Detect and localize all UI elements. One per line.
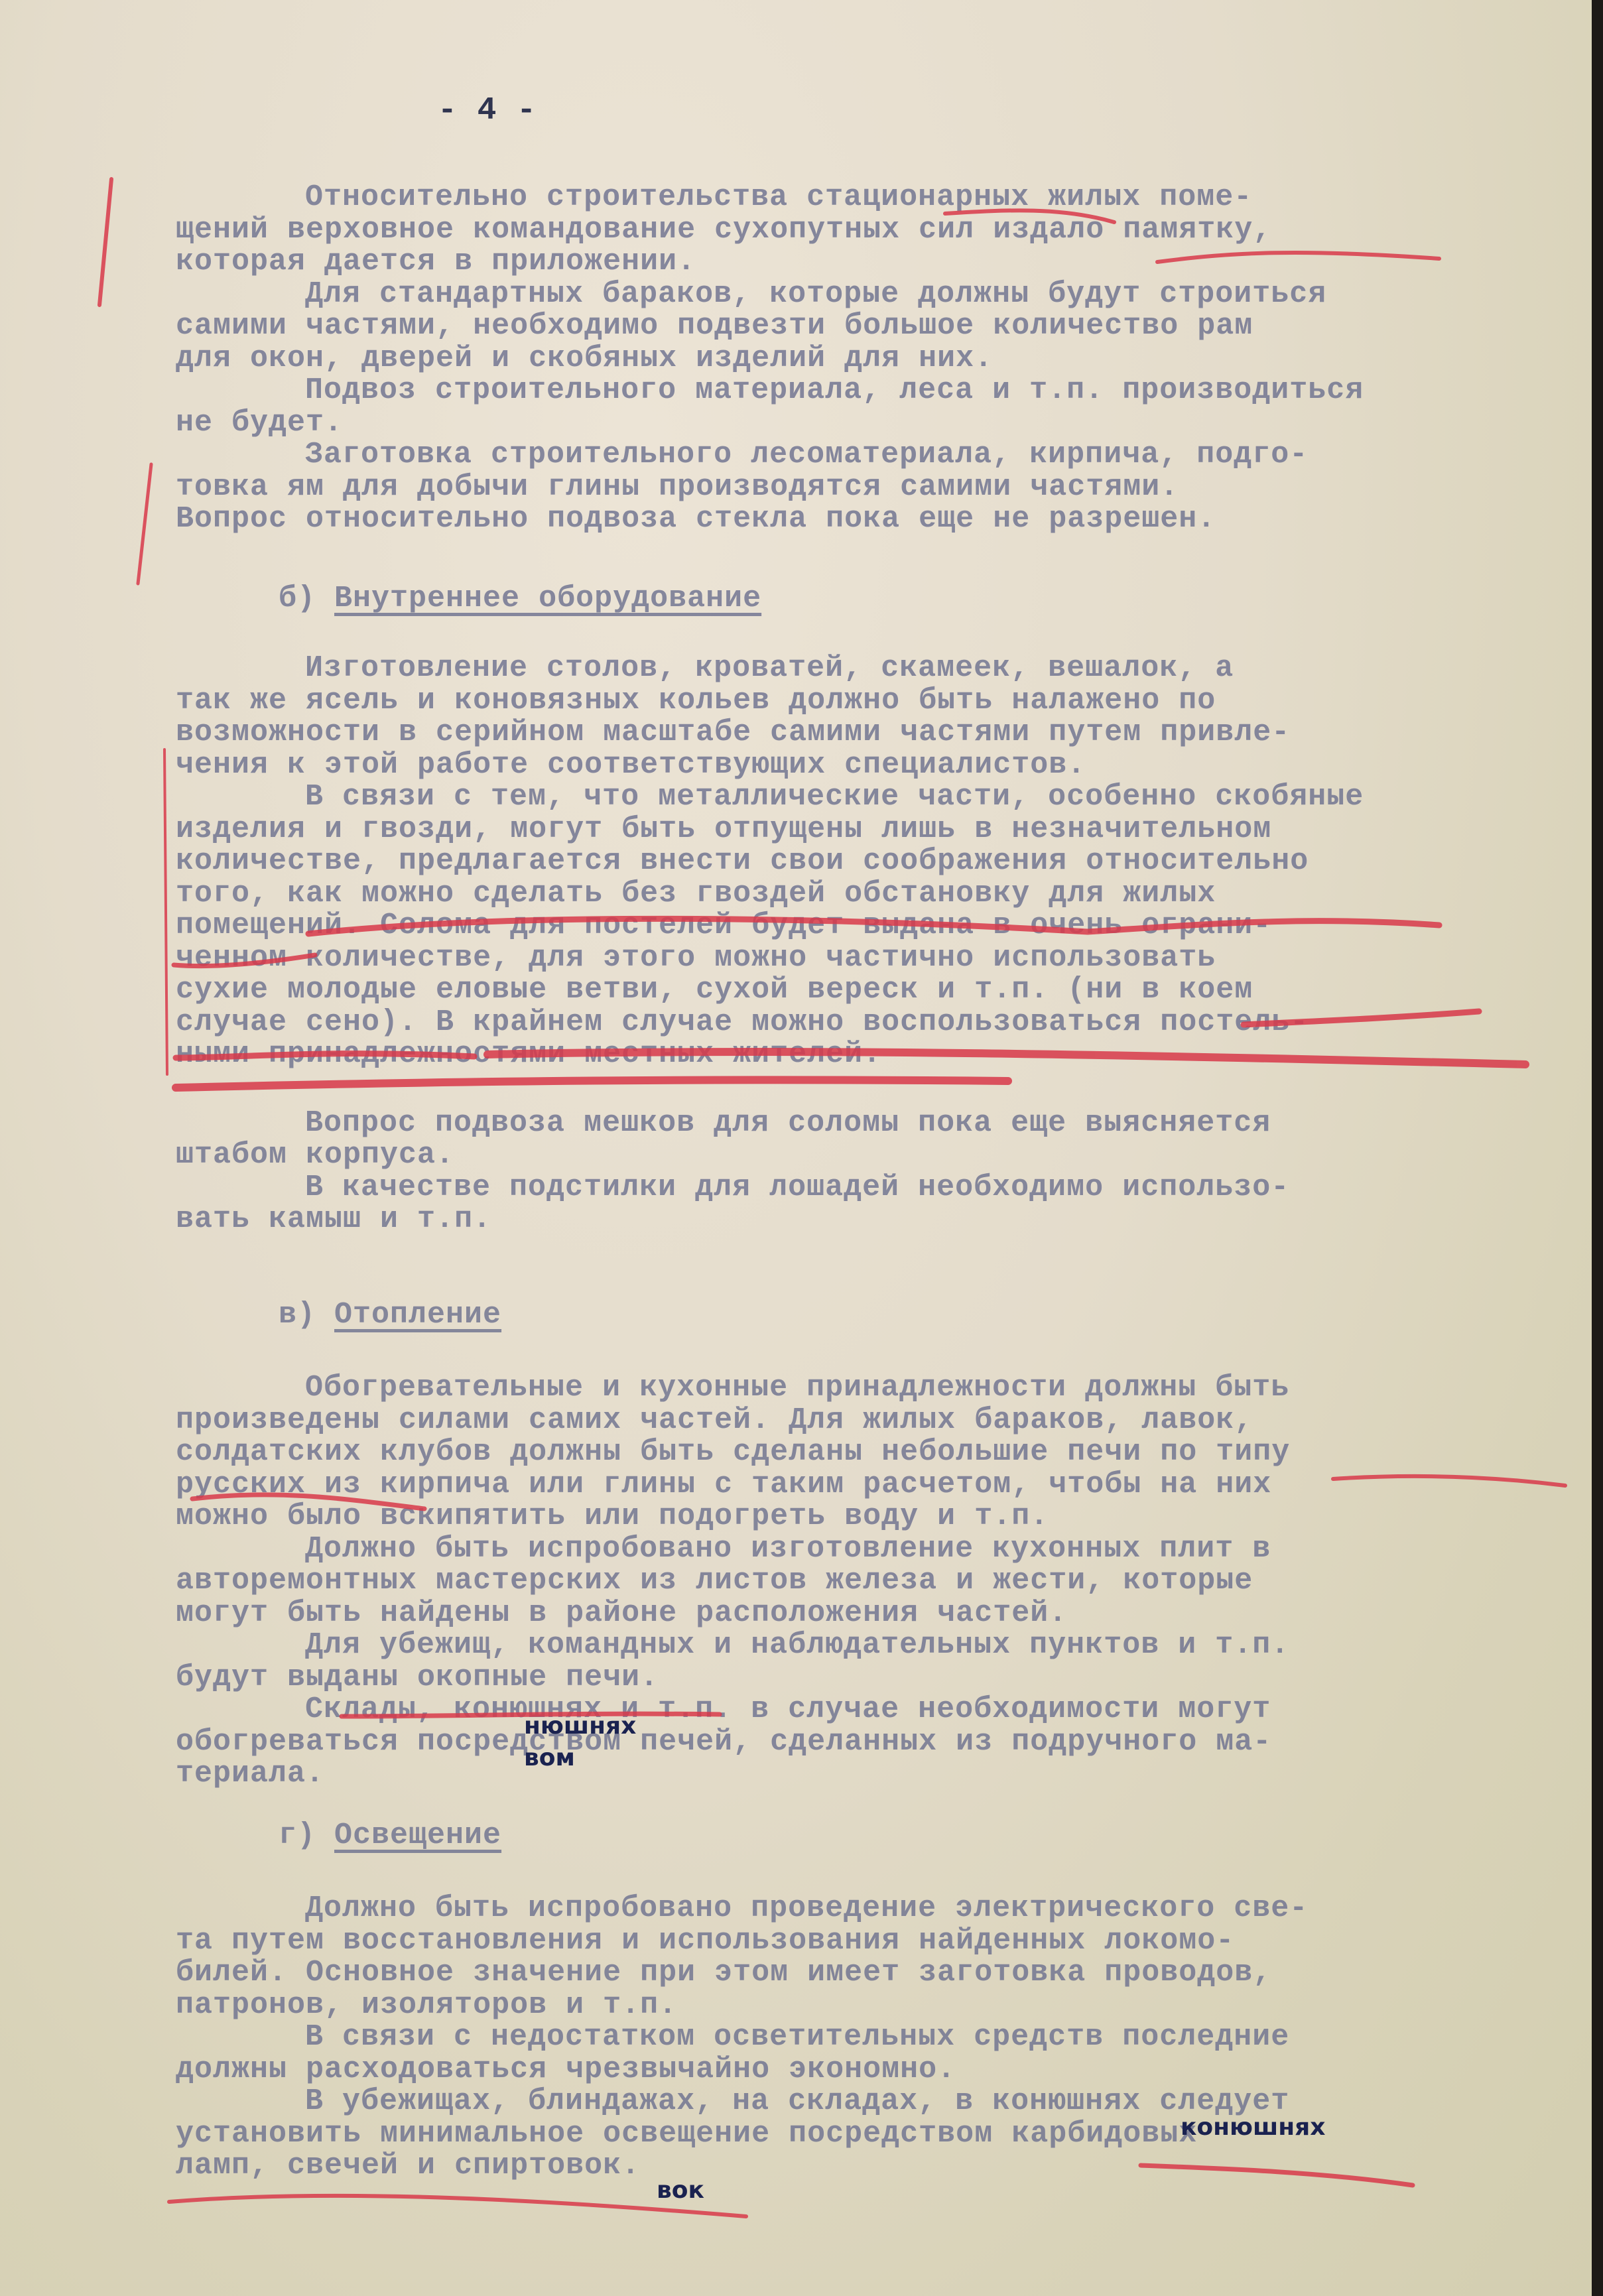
text-line: русских из кирпича или глины с таким рас…: [176, 1470, 1271, 1499]
text-line: Должно быть испробовано изготовление кух…: [305, 1534, 1271, 1564]
text-line: териала.: [176, 1759, 324, 1789]
page-number: - 4 -: [438, 93, 537, 129]
text-line: Для стандартных бараков, которые должны …: [305, 279, 1326, 309]
inserted-correction: вок: [657, 2179, 704, 2202]
text-line: Вопрос подвоза мешков для соломы пока ещ…: [305, 1108, 1271, 1138]
text-line: можно было вскипятить или подогреть воду…: [176, 1501, 1049, 1531]
text-line: В связи с тем, что металлические части, …: [305, 782, 1364, 812]
text-line: так же ясель и коновязных кольев должно …: [176, 686, 1216, 716]
section-label: г): [279, 1818, 334, 1852]
typewritten-text: - 4 - Относительно строительства стацион…: [0, 0, 1592, 2296]
text-line: чения к этой работе соответствующих спец…: [176, 750, 1086, 780]
text-line: обогреваться посредством печей, сделанны…: [176, 1727, 1271, 1757]
text-line: В связи с недостатком осветительных сред…: [305, 2022, 1289, 2052]
section-heading: г) Освещение: [279, 1820, 501, 1850]
text-line: будут выданы окопные печи.: [176, 1663, 659, 1692]
text-line: Для убежищ, командных и наблюдательных п…: [305, 1630, 1289, 1660]
text-line: установить минимальное освещение посредс…: [176, 2119, 1197, 2149]
text-line: ными принадлежностями местных жителей.: [176, 1039, 881, 1069]
text-line: В качестве подстилки для лошадей необход…: [305, 1173, 1289, 1202]
text-line: изделия и гвозди, могут быть отпущены ли…: [176, 814, 1271, 844]
text-line: Склады, конюшнях и т.п. в случае необход…: [305, 1694, 1271, 1724]
text-line: та путем восстановления и использования …: [176, 1926, 1234, 1956]
text-line: Вопрос относительно подвоза стекла пока …: [176, 504, 1216, 534]
text-line: случае сено). В крайнем случае можно вос…: [176, 1007, 1309, 1037]
section-label: в): [279, 1298, 334, 1332]
section-title: Освещение: [334, 1818, 501, 1852]
text-line: штабом корпуса.: [176, 1140, 454, 1170]
text-line: вать камыш и т.п.: [176, 1204, 491, 1234]
text-line: Изготовление столов, кроватей, скамеек, …: [305, 653, 1234, 683]
text-line: Заготовка строительного лесоматериала, к…: [305, 440, 1308, 470]
text-line: Обогревательные и кухонные принадлежност…: [305, 1373, 1289, 1403]
scan-border: [1592, 0, 1603, 2296]
inserted-correction: нюшнях: [524, 1714, 636, 1738]
inserted-correction: вом: [524, 1746, 575, 1770]
section-label: б): [279, 582, 334, 615]
text-line: товка ям для добычи глины производятся с…: [176, 472, 1179, 502]
text-line: помещений. Солома для постелей будет выд…: [176, 911, 1271, 940]
text-line: билей. Основное значение при этом имеет …: [176, 1958, 1271, 1988]
text-line: сухие молодые еловые ветви, сухой вереск…: [176, 975, 1253, 1005]
text-line: количестве, предлагается внести свои соо…: [176, 846, 1309, 876]
text-line: солдатских клубов должны быть сделаны не…: [176, 1437, 1290, 1467]
text-line: Должно быть испробовано проведение элект…: [305, 1893, 1308, 1923]
text-line: должны расходоваться чрезвычайно экономн…: [176, 2055, 956, 2084]
text-line: ченном количестве, для этого можно части…: [176, 943, 1216, 973]
section-title: Внутреннее оборудование: [334, 582, 761, 615]
section-heading: б) Внутреннее оборудование: [279, 584, 761, 613]
inserted-correction: конюшнях: [1181, 2116, 1325, 2139]
text-line: ламп, свечей и спиртовок.: [176, 2151, 640, 2181]
text-line: Относительно строительства стационарных …: [305, 182, 1252, 212]
text-line: которая дается в приложении.: [176, 247, 696, 277]
text-line: авторемонтных мастерских из листов желез…: [176, 1566, 1253, 1596]
section-heading: в) Отопление: [279, 1300, 501, 1330]
text-line: Подвоз строительного материала, леса и т…: [305, 375, 1364, 405]
text-line: В убежищах, блиндажах, на складах, в кон…: [305, 2086, 1289, 2116]
text-line: могут быть найдены в районе расположения…: [176, 1598, 1067, 1628]
text-line: самими частями, необходимо подвезти боль…: [176, 311, 1253, 341]
section-title: Отопление: [334, 1298, 501, 1332]
text-line: не будет.: [176, 408, 343, 438]
text-line: для окон, дверей и скобяных изделий для …: [176, 344, 993, 373]
text-line: патронов, изоляторов и т.п.: [176, 1990, 677, 2020]
text-line: возможности в серийном масштабе самими ч…: [176, 718, 1290, 747]
text-line: произведены силами самих частей. Для жил…: [176, 1405, 1253, 1435]
text-line: щений верховное командование сухопутных …: [176, 215, 1271, 245]
text-line: того, как можно сделать без гвоздей обст…: [176, 879, 1216, 909]
